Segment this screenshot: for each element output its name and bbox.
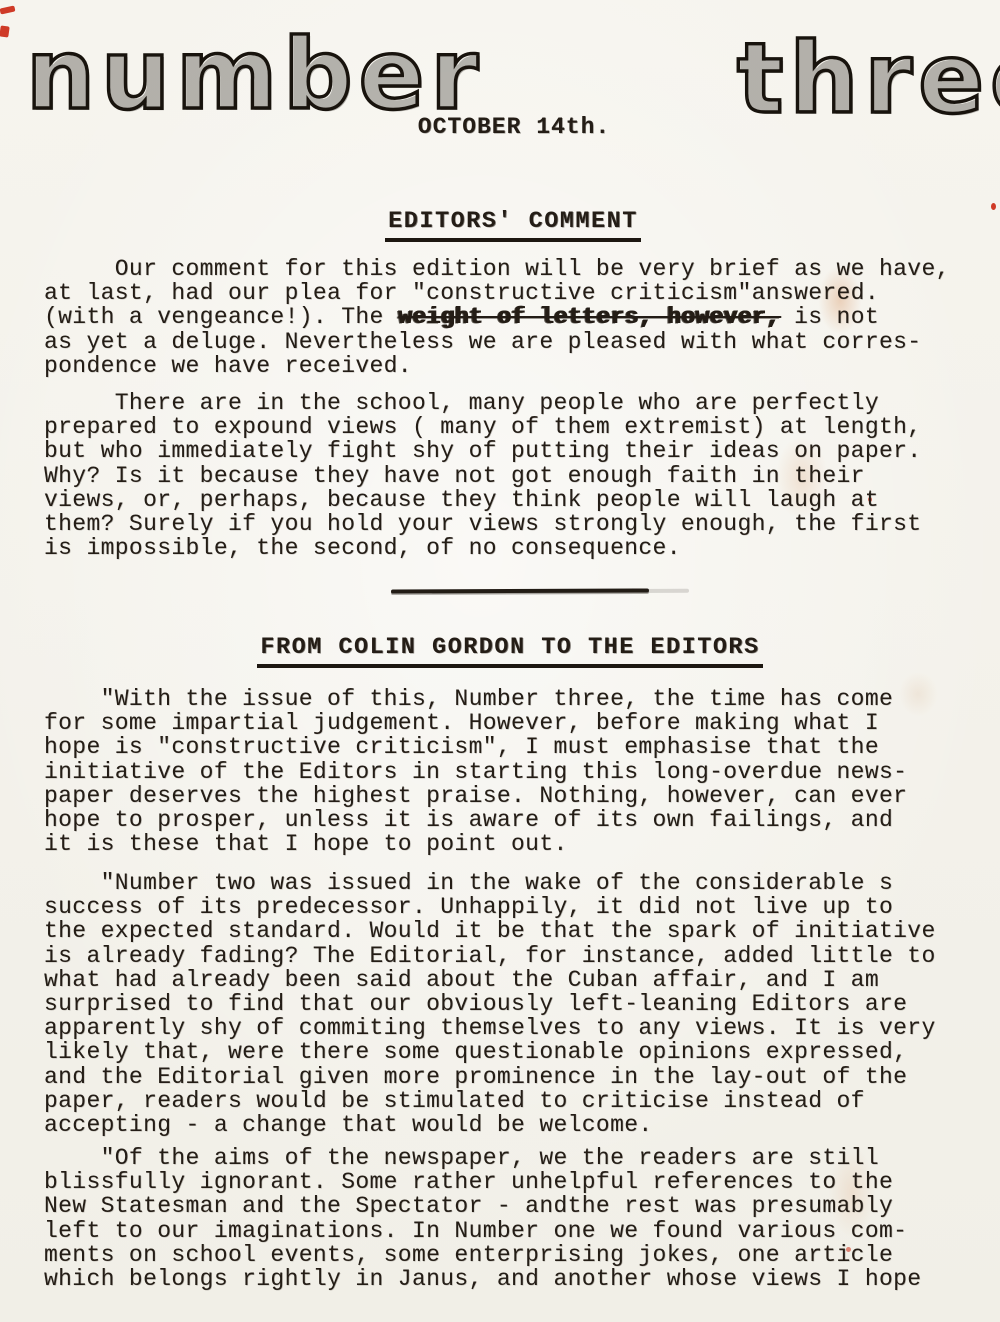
newsletter-page: number three OCTOBER 14th. EDITORS' COMM… — [0, 0, 1000, 1322]
gordon-letter-para-2: "Number two was issued in the wake of th… — [44, 871, 936, 1137]
gordon-letter-para-1: "With the issue of this, Number three, t… — [44, 687, 907, 856]
overstruck-phrase: weight of letters, however, — [398, 304, 780, 330]
editors-comment-para-1: Our comment for this edition will be ver… — [44, 257, 950, 378]
editors-comment-heading: EDITORS' COMMENT — [13, 208, 1000, 242]
date-line: OCTOBER 14th. — [14, 114, 1000, 140]
red-ink-mark — [0, 6, 15, 15]
gordon-letter-heading-text: FROM COLIN GORDON TO THE EDITORS — [257, 634, 762, 668]
gordon-letter-para-3: "Of the aims of the newspaper, we the re… — [44, 1146, 921, 1291]
editors-comment-heading-text: EDITORS' COMMENT — [385, 208, 641, 242]
gordon-letter-heading: FROM COLIN GORDON TO THE EDITORS — [10, 634, 1000, 668]
red-ink-mark — [0, 25, 10, 37]
masthead-three: three — [737, 30, 1000, 127]
editors-comment-para-2: There are in the school, many people who… — [44, 391, 921, 560]
masthead-number: number — [26, 26, 484, 123]
section-divider — [391, 588, 649, 593]
